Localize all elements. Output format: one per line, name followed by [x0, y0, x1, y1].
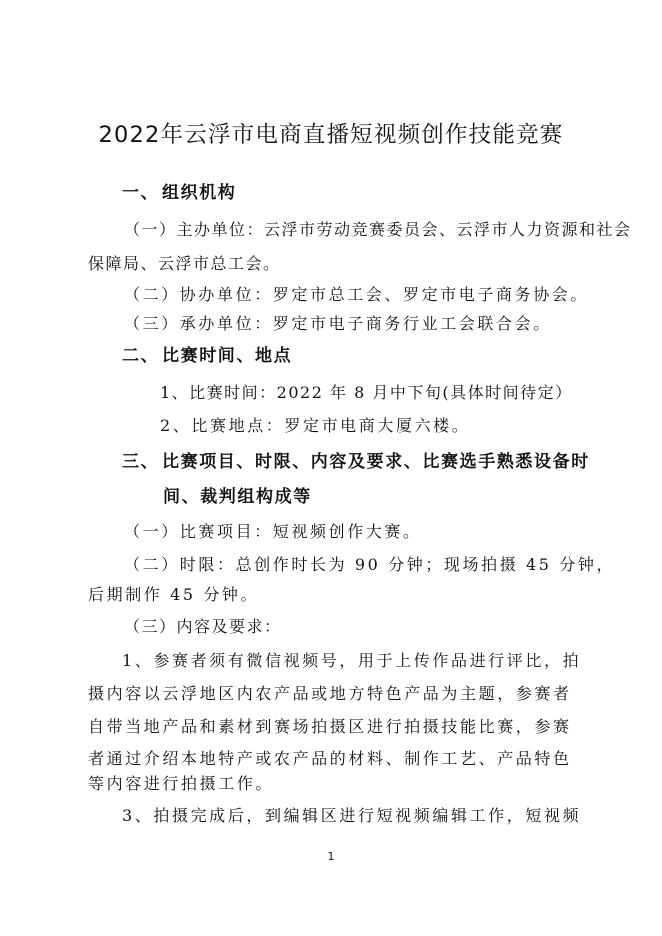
paragraph-line: 等内容进行拍摄工作。 — [88, 776, 274, 792]
paragraph-line: （三）承办单位：罗定市电子商务行业工会联合会。 — [124, 316, 552, 332]
document-title: 2022年云浮市电商直播短视频创作技能竞赛 — [0, 124, 662, 147]
section-number: 二、 — [122, 348, 162, 365]
section-title: 比赛项目、时限、内容及要求、比赛选手熟悉设备时 — [162, 452, 590, 472]
page-number: 1 — [0, 851, 662, 862]
paragraph-line: 后期制作 45 分钟。 — [88, 587, 259, 603]
document-page: 2022年云浮市电商直播短视频创作技能竞赛 一、组织机构 （一）主办单位：云浮市… — [0, 0, 662, 936]
paragraph-line: 1、参赛者须有微信视频号，用于上传作品进行评比，拍 — [122, 653, 581, 669]
section-heading-2: 二、比赛时间、地点 — [122, 348, 292, 365]
paragraph-line: （一）比赛项目：短视频创作大赛。 — [124, 524, 422, 540]
paragraph-line: 者通过介绍本地特产或农产品的材料、制作工艺、产品特色 — [88, 751, 572, 767]
section-heading-3: 三、比赛项目、时限、内容及要求、比赛选手熟悉设备时 — [122, 454, 590, 471]
paragraph-line: 1、比赛时间：2022 年 8 月中下旬(具体时间待定） — [160, 385, 573, 401]
section-number: 三、 — [122, 454, 162, 471]
section-number: 一、 — [122, 185, 162, 202]
section-title-continued: 间、裁判组构成等 — [163, 489, 312, 506]
paragraph-line: （一）主办单位：云浮市劳动竞赛委员会、云浮市人力资源和社会 — [124, 222, 632, 238]
paragraph-line: 2、比赛地点：罗定市电商大厦六楼。 — [160, 418, 470, 434]
paragraph-line: （二）时限：总创作时长为 90 分钟；现场拍摄 45 分钟， — [124, 557, 615, 573]
section-title: 比赛时间、地点 — [162, 346, 292, 366]
paragraph-line: （三）内容及要求： — [124, 619, 282, 635]
paragraph-line: 摄内容以云浮地区内农产品或地方特色产品为主题，参赛者 — [88, 686, 572, 702]
section-title: 组织机构 — [162, 183, 236, 203]
paragraph-line: 保障局、云浮市总工会。 — [88, 256, 281, 272]
paragraph-line: 3、拍摄完成后，到编辑区进行短视频编辑工作，短视频 — [122, 808, 581, 824]
section-heading-1: 一、组织机构 — [122, 185, 236, 202]
paragraph-line: （二）协办单位：罗定市总工会、罗定市电子商务协会。 — [124, 287, 589, 303]
paragraph-line: 自带当地产品和素材到赛场拍摄区进行拍摄技能比赛，参赛 — [88, 719, 572, 735]
